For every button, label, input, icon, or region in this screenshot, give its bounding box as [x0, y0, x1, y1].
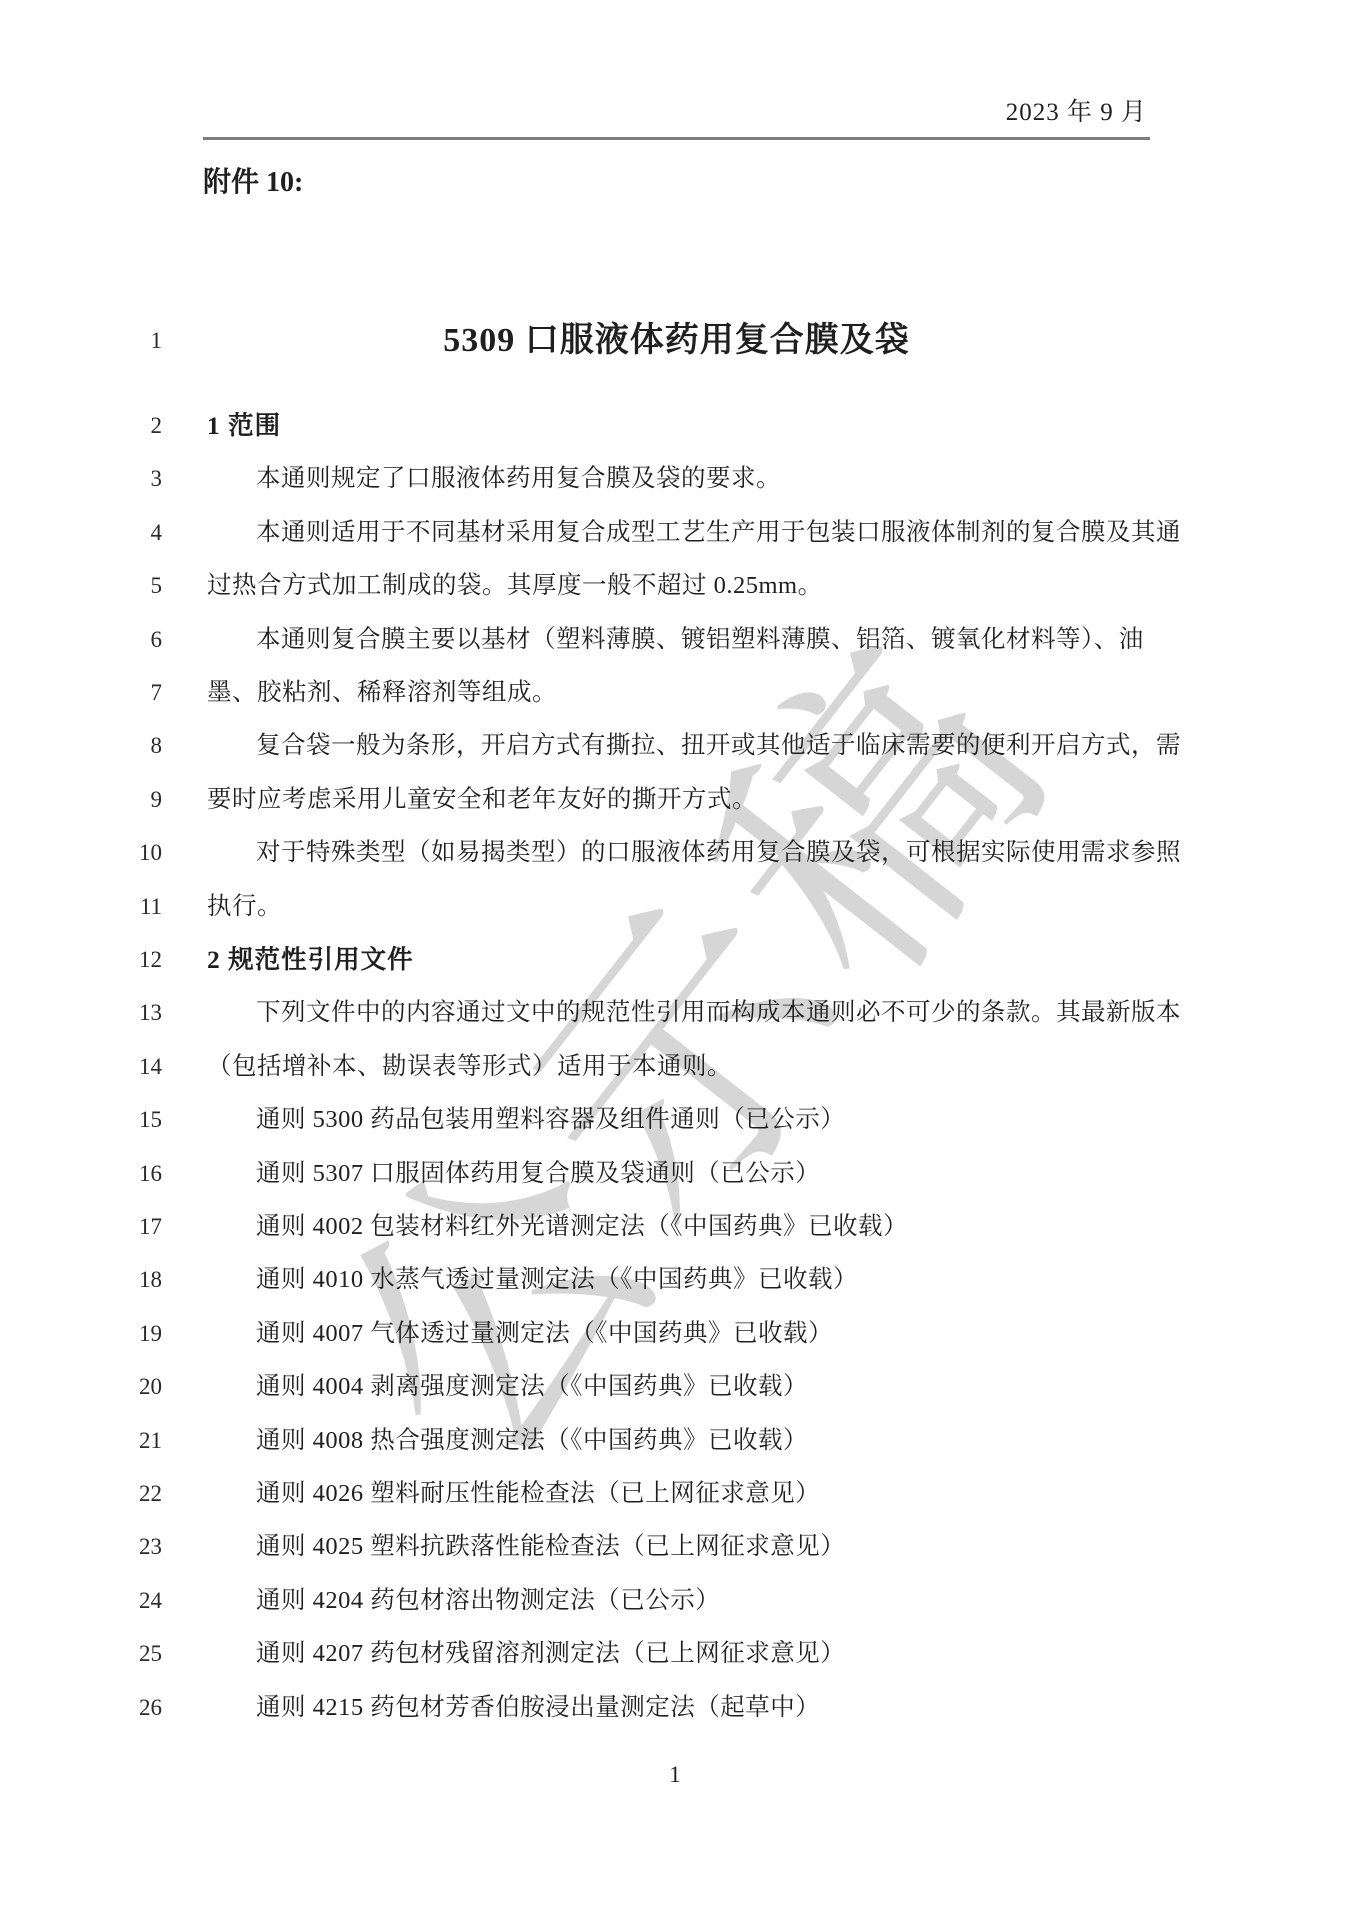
line-text: 要时应考虑采用儿童安全和老年友好的撕开方式。 — [207, 773, 1200, 826]
line-number: 7 — [100, 666, 162, 719]
document-page: 2023 年 9 月 附件 10: 公示稿 1 5309 口服液体药用复合膜及袋… — [0, 0, 1350, 1909]
line-number: 3 — [100, 452, 162, 505]
line-number: 11 — [100, 880, 162, 933]
line-text: 执行。 — [207, 880, 1200, 933]
document-line: 15通则 5300 药品包装用塑料容器及组件通则（已公示） — [0, 1093, 1350, 1146]
line-number: 26 — [100, 1681, 162, 1734]
line-number: 22 — [100, 1467, 162, 1520]
line-number: 15 — [100, 1093, 162, 1146]
line-text: 复合袋一般为条形，开启方式有撕拉、扭开或其他适于临床需要的便利开启方式，需 — [207, 719, 1200, 772]
line-number: 18 — [100, 1253, 162, 1306]
line-number: 16 — [100, 1147, 162, 1200]
line-text: 通则 4002 包装材料红外光谱测定法（《中国药典》已收载） — [207, 1200, 1200, 1253]
document-line: 19通则 4007 气体透过量测定法（《中国药典》已收载） — [0, 1307, 1350, 1360]
line-text: 过热合方式加工制成的袋。其厚度一般不超过 0.25mm。 — [207, 559, 1200, 612]
document-line: 122 规范性引用文件 — [0, 933, 1350, 986]
document-line: 7墨、胶粘剂、稀释溶剂等组成。 — [0, 666, 1350, 719]
line-text: 通则 4204 药包材溶出物测定法（已公示） — [207, 1574, 1200, 1627]
line-number: 17 — [100, 1200, 162, 1253]
line-number: 9 — [100, 773, 162, 826]
document-line: 8复合袋一般为条形，开启方式有撕拉、扭开或其他适于临床需要的便利开启方式，需 — [0, 719, 1350, 772]
line-text: 本通则复合膜主要以基材（塑料薄膜、镀铝塑料薄膜、铝箔、镀氧化材料等）、油 — [207, 613, 1200, 666]
line-text: 通则 4025 塑料抗跌落性能检查法（已上网征求意见） — [207, 1520, 1200, 1573]
document-line: 5过热合方式加工制成的袋。其厚度一般不超过 0.25mm。 — [0, 559, 1350, 612]
line-text: 通则 4007 气体透过量测定法（《中国药典》已收载） — [207, 1307, 1200, 1360]
line-number: 24 — [100, 1574, 162, 1627]
document-line: 17通则 4002 包装材料红外光谱测定法（《中国药典》已收载） — [0, 1200, 1350, 1253]
line-text: 墨、胶粘剂、稀释溶剂等组成。 — [207, 666, 1200, 719]
document-line: 21 范围 — [0, 399, 1350, 452]
line-number: 20 — [100, 1360, 162, 1413]
line-text: 通则 4026 塑料耐压性能检查法（已上网征求意见） — [207, 1467, 1200, 1520]
line-text: （包括增补本、勘误表等形式）适用于本通则。 — [207, 1040, 1200, 1093]
document-line: 18通则 4010 水蒸气透过量测定法（《中国药典》已收载） — [0, 1253, 1350, 1306]
line-text: 对于特殊类型（如易揭类型）的口服液体药用复合膜及袋，可根据实际使用需求参照 — [207, 826, 1200, 879]
line-number: 14 — [100, 1040, 162, 1093]
line-number: 4 — [100, 506, 162, 559]
line-text: 通则 4008 热合强度测定法（《中国药典》已收载） — [207, 1414, 1200, 1467]
line-text: 通则 4215 药包材芳香伯胺浸出量测定法（起草中） — [207, 1681, 1200, 1734]
document-line: 3本通则规定了口服液体药用复合膜及袋的要求。 — [0, 452, 1350, 505]
document-line: 14（包括增补本、勘误表等形式）适用于本通则。 — [0, 1040, 1350, 1093]
line-text: 1 范围 — [207, 399, 1200, 452]
line-number: 2 — [100, 399, 162, 452]
line-text: 通则 4207 药包材残留溶剂测定法（已上网征求意见） — [207, 1627, 1200, 1680]
line-number: 13 — [100, 986, 162, 1039]
line-text: 通则 5300 药品包装用塑料容器及组件通则（已公示） — [207, 1093, 1200, 1146]
line-text: 下列文件中的内容通过文中的规范性引用而构成本通则必不可少的条款。其最新版本 — [207, 986, 1200, 1039]
page-number: 1 — [0, 1762, 1350, 1788]
line-text: 2 规范性引用文件 — [207, 933, 1200, 986]
line-number: 5 — [100, 559, 162, 612]
line-number: 25 — [100, 1627, 162, 1680]
line-number: 6 — [100, 613, 162, 666]
document-line: 22通则 4026 塑料耐压性能检查法（已上网征求意见） — [0, 1467, 1350, 1520]
document-line: 20通则 4004 剥离强度测定法（《中国药典》已收载） — [0, 1360, 1350, 1413]
document-line: 10对于特殊类型（如易揭类型）的口服液体药用复合膜及袋，可根据实际使用需求参照 — [0, 826, 1350, 879]
document-line: 11执行。 — [0, 880, 1350, 933]
document-line: 9要时应考虑采用儿童安全和老年友好的撕开方式。 — [0, 773, 1350, 826]
line-text: 本通则规定了口服液体药用复合膜及袋的要求。 — [207, 452, 1200, 505]
line-number: 8 — [100, 719, 162, 772]
line-text: 本通则适用于不同基材采用复合成型工艺生产用于包装口服液体制剂的复合膜及其通 — [207, 506, 1200, 559]
document-line: 25通则 4207 药包材残留溶剂测定法（已上网征求意见） — [0, 1627, 1350, 1680]
document-line: 24通则 4204 药包材溶出物测定法（已公示） — [0, 1574, 1350, 1627]
document-line: 4本通则适用于不同基材采用复合成型工艺生产用于包装口服液体制剂的复合膜及其通 — [0, 506, 1350, 559]
line-number: 19 — [100, 1307, 162, 1360]
document-line: 26通则 4215 药包材芳香伯胺浸出量测定法（起草中） — [0, 1681, 1350, 1734]
line-text: 通则 5307 口服固体药用复合膜及袋通则（已公示） — [207, 1147, 1200, 1200]
line-number: 10 — [100, 826, 162, 879]
line-text: 通则 4010 水蒸气透过量测定法（《中国药典》已收载） — [207, 1253, 1200, 1306]
line-text: 通则 4004 剥离强度测定法（《中国药典》已收载） — [207, 1360, 1200, 1413]
document-line: 16通则 5307 口服固体药用复合膜及袋通则（已公示） — [0, 1147, 1350, 1200]
document-line: 6本通则复合膜主要以基材（塑料薄膜、镀铝塑料薄膜、铝箔、镀氧化材料等）、油 — [0, 613, 1350, 666]
document-line: 13下列文件中的内容通过文中的规范性引用而构成本通则必不可少的条款。其最新版本 — [0, 986, 1350, 1039]
line-number: 12 — [100, 933, 162, 986]
line-number: 23 — [100, 1520, 162, 1573]
document-line: 21通则 4008 热合强度测定法（《中国药典》已收载） — [0, 1414, 1350, 1467]
document-lines: 21 范围3本通则规定了口服液体药用复合膜及袋的要求。4本通则适用于不同基材采用… — [0, 0, 1350, 1909]
line-number: 21 — [100, 1414, 162, 1467]
document-line: 23通则 4025 塑料抗跌落性能检查法（已上网征求意见） — [0, 1520, 1350, 1573]
